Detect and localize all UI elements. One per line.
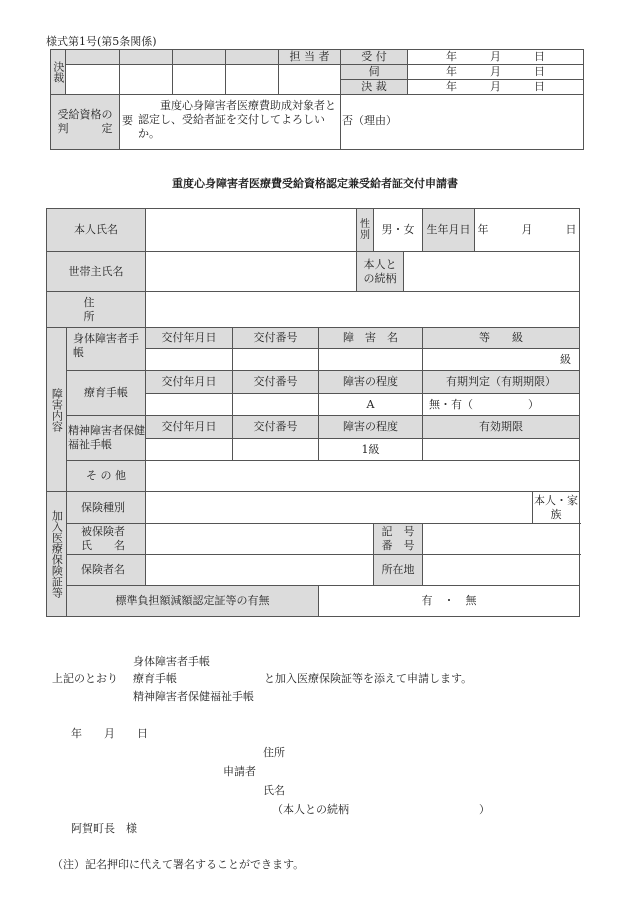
stamp-box-2[interactable] — [120, 65, 173, 95]
stamp-box-tantousha[interactable] — [279, 65, 341, 95]
book-option-ryoiku: 療育手帳 — [133, 670, 177, 686]
insured-name-label: 被保険者 氏 名 — [67, 524, 146, 555]
birth-label: 生年月日 — [423, 209, 475, 252]
stamp-box-1[interactable] — [66, 65, 120, 95]
address-label: 住 所 — [47, 292, 146, 328]
applicant-name-label: 氏名 — [263, 782, 285, 798]
ryoiku-header-degree: 障害の程度 — [319, 371, 423, 394]
mental-book-label: 精神障害者保健福祉手帳 — [67, 416, 146, 461]
ryoiku-header-date: 交付年月日 — [146, 371, 233, 394]
uketsuke-label: 受 付 — [341, 50, 408, 65]
no-reason-label: 否（理由） — [342, 114, 397, 127]
physical-header-name: 障 害 名 — [319, 328, 423, 349]
householder-input[interactable] — [146, 252, 357, 292]
document-title: 重度心身障害者医療費受給資格認定兼受給者証交付申請書 — [0, 175, 630, 191]
kessai-label: 決裁 — [51, 50, 66, 95]
physical-date-input[interactable] — [146, 349, 233, 371]
tantousha-label: 担 当 者 — [279, 50, 341, 65]
insurance-type-label: 保険種別 — [67, 492, 146, 524]
judgment-text: 重度心身障害者医療費助成対象者と認定し、受給者証を交付してよろしいか。 — [138, 99, 338, 140]
other-label: そ の 他 — [67, 461, 146, 492]
yes-mark: 要 — [122, 114, 138, 140]
ryoiku-degree-value[interactable]: A — [319, 394, 423, 416]
applicant-relation-close: ） — [479, 801, 490, 817]
physical-book-label: 身体障害者手帳 — [67, 328, 146, 371]
insurance-type-input[interactable] — [146, 492, 533, 524]
application-date[interactable]: 年 月 日 — [71, 725, 148, 741]
applicant-relation-label: （本人との続柄 — [272, 801, 349, 817]
location-label: 所在地 — [374, 555, 423, 586]
declaration-prefix: 上記のとおり — [52, 670, 118, 686]
ryoiku-date-input[interactable] — [146, 394, 233, 416]
sex-label: 性別 — [357, 209, 374, 252]
applicant-label: 申請者 — [223, 763, 256, 779]
ryoiku-number-input[interactable] — [233, 394, 319, 416]
book-option-physical: 身体障害者手帳 — [133, 653, 210, 669]
kigo-bango-input[interactable] — [423, 524, 580, 555]
reduction-options[interactable]: 有 ・ 無 — [319, 586, 580, 617]
ukagai-date[interactable]: 年 月 日 — [408, 65, 584, 80]
other-input[interactable] — [146, 461, 580, 492]
mental-expiry-input[interactable] — [423, 439, 580, 461]
mental-header-degree: 障害の程度 — [319, 416, 423, 439]
kessai-date[interactable]: 年 月 日 — [408, 80, 584, 95]
insurance-section-label: 加入医療保険証等 — [47, 492, 67, 617]
ukagai-label: 伺 — [341, 65, 408, 80]
location-input[interactable] — [423, 555, 580, 586]
stamp-box-3[interactable] — [173, 65, 226, 95]
disability-section-label: 障害内容 — [47, 328, 67, 492]
physical-number-input[interactable] — [233, 349, 319, 371]
applicant-address-label: 住所 — [263, 744, 285, 760]
ryoiku-period-input[interactable]: 無・有（ ） — [423, 394, 580, 416]
relation-label: 本人との続柄 — [357, 252, 404, 292]
signature-note: （注）記名押印に代えて署名することができます。 — [52, 856, 304, 872]
birth-input[interactable]: 年 月 日 — [475, 209, 580, 252]
mental-header-date: 交付年月日 — [146, 416, 233, 439]
kigo-bango-label: 記 号 番 号 — [374, 524, 423, 555]
judgment-yes-cell[interactable]: 要 重度心身障害者医療費助成対象者と認定し、受給者証を交付してよろしいか。 — [120, 95, 341, 150]
ryoiku-header-number: 交付番号 — [233, 371, 319, 394]
name-label: 本人氏名 — [47, 209, 146, 252]
stamp-box-4[interactable] — [226, 65, 279, 95]
mental-header-expiry: 有効期限 — [423, 416, 580, 439]
sex-options[interactable]: 男・女 — [374, 209, 423, 252]
address-input[interactable] — [146, 292, 580, 328]
application-table: 本人氏名 性別 男・女 生年月日 年 月 日 世帯主氏名 本人との続柄 住 所 … — [46, 208, 580, 617]
householder-label: 世帯主氏名 — [47, 252, 146, 292]
uketsuke-date[interactable]: 年 月 日 — [408, 50, 584, 65]
mental-date-input[interactable] — [146, 439, 233, 461]
judgment-label: 受給資格の 判 定 — [51, 95, 120, 150]
form-number-label: 様式第1号(第5条関係) — [46, 33, 157, 49]
ryoiku-book-label: 療育手帳 — [67, 371, 146, 416]
physical-grade-input[interactable]: 級 — [423, 349, 580, 371]
insurer-name-label: 保険者名 — [67, 555, 146, 586]
addressee: 阿賀町長 様 — [71, 820, 137, 836]
physical-header-number: 交付番号 — [233, 328, 319, 349]
approval-table: 決裁 担 当 者 受 付 年 月 日 伺 年 月 日 決 裁 年 月 日 受給資… — [50, 49, 584, 150]
ryoiku-header-period: 有期判定（有期期限） — [423, 371, 580, 394]
reduction-label: 標準負担額減額認定証等の有無 — [67, 586, 319, 617]
mental-header-number: 交付番号 — [233, 416, 319, 439]
kessai2-label: 決 裁 — [341, 80, 408, 95]
insured-name-input[interactable] — [146, 524, 374, 555]
insurance-type-options[interactable]: 本人・家族 — [533, 492, 580, 524]
physical-header-grade: 等 級 — [423, 328, 580, 349]
declaration-suffix: と加入医療保険証等を添えて申請します。 — [264, 670, 472, 686]
judgment-no-cell[interactable]: 否（理由） — [341, 95, 584, 150]
insurer-name-input[interactable] — [146, 555, 374, 586]
relation-input[interactable] — [404, 252, 580, 292]
mental-degree-value[interactable]: 1級 — [319, 439, 423, 461]
name-input[interactable] — [146, 209, 357, 252]
physical-header-date: 交付年月日 — [146, 328, 233, 349]
mental-number-input[interactable] — [233, 439, 319, 461]
physical-name-input[interactable] — [319, 349, 423, 371]
book-option-mental: 精神障害者保健福祉手帳 — [133, 688, 254, 704]
